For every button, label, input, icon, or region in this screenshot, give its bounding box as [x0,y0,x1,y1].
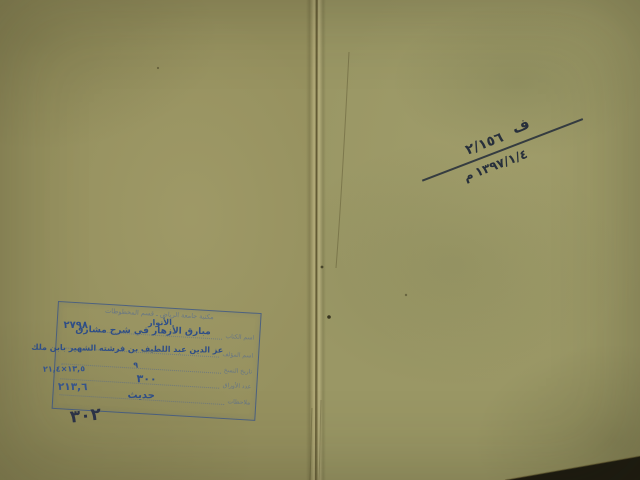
copy-date-value: ٩ [133,361,138,370]
row-label: تاريخ النسخ [224,367,253,376]
book-inside-cover-scan: ٢/١٥٦ ف م ١٣٩٧/١/٤ مكتبة جامعة الرياض ـ … [0,0,640,480]
library-stamp: مكتبة جامعة الرياض ـ قسم المخطوطات الأنو… [52,301,262,421]
row-label: عدد الأوراق [223,382,252,391]
notes-value: حديث [128,390,155,401]
row-label: اسم المؤلف [222,351,253,360]
dimensions-note: ٢١,٤×١٣,٥ [43,364,85,373]
author-value: عز الدين عبد اللطيف بن فرشته الشهير بابن… [32,343,224,355]
row-label: اسم الكتاب [225,333,254,342]
book-title-value: مبارق الأزهار في شرح مشارق [75,325,211,337]
stamp-side-number: ٢١٣,٦ [58,381,88,393]
folio-count-value: ٣٠٠ [136,372,156,385]
row-label: ملاحظات [227,398,250,406]
manuscript-number: ٢٧٩٨ [64,320,88,331]
dotted-line: مبارق الأزهار في شرح مشارق [91,320,223,340]
shelf-number: ٣٠٢ [69,404,102,427]
